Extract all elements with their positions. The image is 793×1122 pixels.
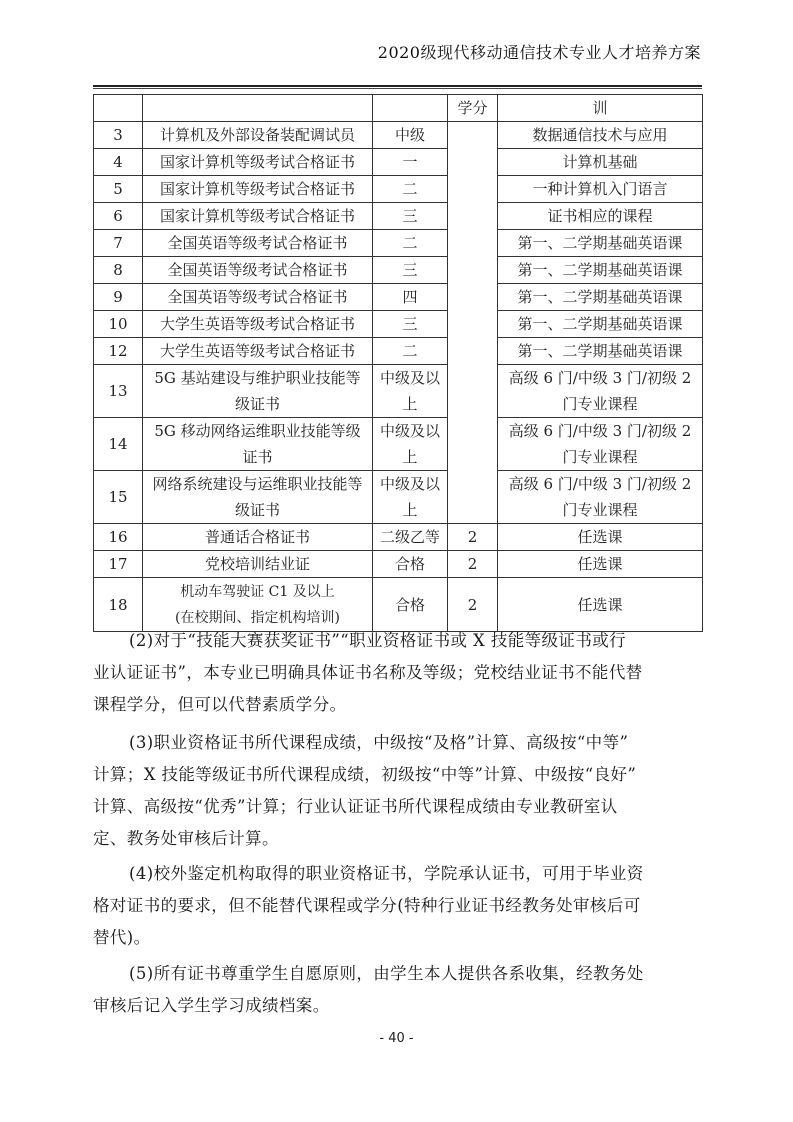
certificate-name: 国家计算机等级考试合格证书 [143,203,373,230]
certificate-level: 四 [373,284,448,311]
table-row: 15 网络系统建设与运维职业技能等 级证书 中级及以 上 高级 6 门/中级 3… [94,471,703,524]
table-row: 6 国家计算机等级考试合格证书 三 证书相应的课程 [94,203,703,230]
certificate-name: 网络系统建设与运维职业技能等 级证书 [143,471,373,524]
course-line: 高级 6 门/中级 3 门/初级 2 [500,365,700,391]
level-line: 上 [375,391,445,417]
replacement-course: 任选课 [498,551,703,578]
certificate-level: 三 [373,257,448,284]
replacement-course: 第一、二学期基础英语课 [498,257,703,284]
certificate-level: 一 [373,149,448,176]
certificate-name: 5G 基站建设与维护职业技能等 级证书 [143,365,373,418]
text-line: 审核后记入学生学习成绩档案。 [93,990,705,1022]
text-line: 定、教务处审核后计算。 [93,823,705,855]
level-line: 上 [375,497,445,523]
certificate-name-line: 级证书 [145,391,370,417]
certificate-level: 合格 [373,578,448,632]
header-double-rule [93,85,702,89]
level-line: 中级及以 [375,365,445,391]
row-number: 5 [94,176,143,203]
level-line: 中级及以 [375,418,445,444]
row-number: 8 [94,257,143,284]
course-line: 门专业课程 [500,444,700,470]
table-row: 14 5G 移动网络运维职业技能等级 证书 中级及以 上 高级 6 门/中级 3… [94,418,703,471]
row-number: 15 [94,471,143,524]
certificate-level: 中级及以 上 [373,365,448,418]
paragraph-3: (3)职业资格证书所代课程成绩，中级按“及格”计算、高级按“中等” 计算；X 技… [93,727,705,855]
replacement-course: 任选课 [498,578,703,632]
table-row: 4 国家计算机等级考试合格证书 一 计算机基础 [94,149,703,176]
replacement-course: 证书相应的课程 [498,203,703,230]
row-number: 13 [94,365,143,418]
table-row-continued-header: 学分 训 [94,95,703,122]
certificate-name: 5G 移动网络运维职业技能等级 证书 [143,418,373,471]
certificate-level: 中级 [373,122,448,149]
certificate-name-line: 级证书 [145,497,370,523]
text-line: 业认证证书”，本专业已明确具体证书名称及等级；党校结业证书不能代替 [93,657,705,689]
certificate-name-line: 5G 移动网络运维职业技能等级 [145,418,370,444]
credit-value: 2 [448,524,498,551]
certificate-name: 国家计算机等级考试合格证书 [143,176,373,203]
course-line: 门专业课程 [500,497,700,523]
replacement-course: 一种计算机入门语言 [498,176,703,203]
header-cell-training: 训 [498,95,703,122]
text-span: (3)职业资格证书所代课程成绩，中级按“及格”计算、高级按“中等” [129,733,628,752]
certificate-level: 二级乙等 [373,524,448,551]
table-row: 5 国家计算机等级考试合格证书 二 一种计算机入门语言 [94,176,703,203]
text-line: 计算；X 技能等级证书所代课程成绩，初级按“中等”计算、中级按“良好” [93,759,705,791]
level-line: 上 [375,444,445,470]
certificate-table: 学分 训 3 计算机及外部设备装配调试员 中级 数据通信技术与应用 4 国家计算… [93,94,703,632]
replacement-course: 高级 6 门/中级 3 门/初级 2 门专业课程 [498,365,703,418]
certificate-level: 合格 [373,551,448,578]
certificate-name: 全国英语等级考试合格证书 [143,257,373,284]
table-row: 17 党校培训结业证 合格 2 任选课 [94,551,703,578]
header-cell [373,95,448,122]
certificate-name: 党校培训结业证 [143,551,373,578]
certificate-name-line: 证书 [145,444,370,470]
text-span: (2)对于“技能大赛获奖证书”“职业资格证书或 X 技能等级证书或行 [129,631,626,650]
certificate-name: 计算机及外部设备装配调试员 [143,122,373,149]
certificate-name: 大学生英语等级考试合格证书 [143,338,373,365]
row-number: 10 [94,311,143,338]
credit-value: 2 [448,551,498,578]
table-row: 7 全国英语等级考试合格证书 二 第一、二学期基础英语课 [94,230,703,257]
text-span: (5)所有证书尊重学生自愿原则，由学生本人提供各系收集，经教务处 [129,964,644,983]
certificate-level: 二 [373,176,448,203]
course-line: 高级 6 门/中级 3 门/初级 2 [500,418,700,444]
table-row: 9 全国英语等级考试合格证书 四 第一、二学期基础英语课 [94,284,703,311]
table-row: 16 普通话合格证书 二级乙等 2 任选课 [94,524,703,551]
page-number: - 40 - [0,1031,793,1046]
certificate-name-line: 机动车驾驶证 C1 及以上 [145,579,370,605]
replacement-course: 计算机基础 [498,149,703,176]
certificate-level: 二 [373,230,448,257]
certificate-name: 大学生英语等级考试合格证书 [143,311,373,338]
replacement-course: 高级 6 门/中级 3 门/初级 2 门专业课程 [498,471,703,524]
text-line: 替代)。 [93,922,705,954]
credit-value: 2 [448,578,498,632]
text-line: 计算、高级按“优秀”计算；行业认证证书所代课程成绩由专业教研室认 [93,791,705,823]
certificate-name-line: 网络系统建设与运维职业技能等 [145,471,370,497]
certificate-name: 普通话合格证书 [143,524,373,551]
certificate-name: 全国英语等级考试合格证书 [143,284,373,311]
level-line: 中级及以 [375,471,445,497]
replacement-course: 高级 6 门/中级 3 门/初级 2 门专业课程 [498,418,703,471]
text-span: (4)校外鉴定机构取得的职业资格证书，学院承认证书，可用于毕业资 [129,864,644,883]
header-cell [143,95,373,122]
table-row: 13 5G 基站建设与维护职业技能等 级证书 中级及以 上 高级 6 门/中级 … [94,365,703,418]
text-line: 课程学分，但可以代替素质学分。 [93,689,705,721]
text-line: (4)校外鉴定机构取得的职业资格证书，学院承认证书，可用于毕业资 [93,858,705,890]
table-row: 8 全国英语等级考试合格证书 三 第一、二学期基础英语课 [94,257,703,284]
row-number: 7 [94,230,143,257]
text-line: (2)对于“技能大赛获奖证书”“职业资格证书或 X 技能等级证书或行 [93,625,705,657]
course-line: 门专业课程 [500,391,700,417]
replacement-course: 第一、二学期基础英语课 [498,284,703,311]
certificate-level: 三 [373,311,448,338]
replacement-course: 第一、二学期基础英语课 [498,311,703,338]
text-line: (3)职业资格证书所代课程成绩，中级按“及格”计算、高级按“中等” [93,727,705,759]
certificate-name: 机动车驾驶证 C1 及以上 (在校期间、指定机构培训) [143,578,373,632]
replacement-course: 任选课 [498,524,703,551]
certificate-name: 国家计算机等级考试合格证书 [143,149,373,176]
certificate-name-line: 5G 基站建设与维护职业技能等 [145,365,370,391]
row-number: 4 [94,149,143,176]
paragraph-5: (5)所有证书尊重学生自愿原则，由学生本人提供各系收集，经教务处 审核后记入学生… [93,958,705,1022]
replacement-course: 数据通信技术与应用 [498,122,703,149]
row-number: 17 [94,551,143,578]
certificate-level: 中级及以 上 [373,418,448,471]
row-number: 3 [94,122,143,149]
row-number: 6 [94,203,143,230]
certificate-level: 中级及以 上 [373,471,448,524]
paragraph-4: (4)校外鉴定机构取得的职业资格证书，学院承认证书，可用于毕业资 格对证书的要求… [93,858,705,954]
header-cell-credit: 学分 [448,95,498,122]
text-line: 格对证书的要求，但不能替代课程或学分(特种行业证书经教务处审核后可 [93,890,705,922]
table-row: 3 计算机及外部设备装配调试员 中级 数据通信技术与应用 [94,122,703,149]
paragraph-2: (2)对于“技能大赛获奖证书”“职业资格证书或 X 技能等级证书或行 业认证证书… [93,625,705,721]
certificate-level: 三 [373,203,448,230]
table-row: 18 机动车驾驶证 C1 及以上 (在校期间、指定机构培训) 合格 2 任选课 [94,578,703,632]
replacement-course: 第一、二学期基础英语课 [498,338,703,365]
table-row: 12 大学生英语等级考试合格证书 二 第一、二学期基础英语课 [94,338,703,365]
text-line: (5)所有证书尊重学生自愿原则，由学生本人提供各系收集，经教务处 [93,958,705,990]
row-number: 18 [94,578,143,632]
table-row: 10 大学生英语等级考试合格证书 三 第一、二学期基础英语课 [94,311,703,338]
certificate-level: 二 [373,338,448,365]
row-number: 14 [94,418,143,471]
row-number: 16 [94,524,143,551]
header-cell [94,95,143,122]
row-number: 9 [94,284,143,311]
document-header-title: 2020级现代移动通信技术专业人才培养方案 [378,40,701,63]
course-line: 高级 6 门/中级 3 门/初级 2 [500,471,700,497]
replacement-course: 第一、二学期基础英语课 [498,230,703,257]
certificate-name: 全国英语等级考试合格证书 [143,230,373,257]
row-number: 12 [94,338,143,365]
credit-merged-cell [448,122,498,524]
